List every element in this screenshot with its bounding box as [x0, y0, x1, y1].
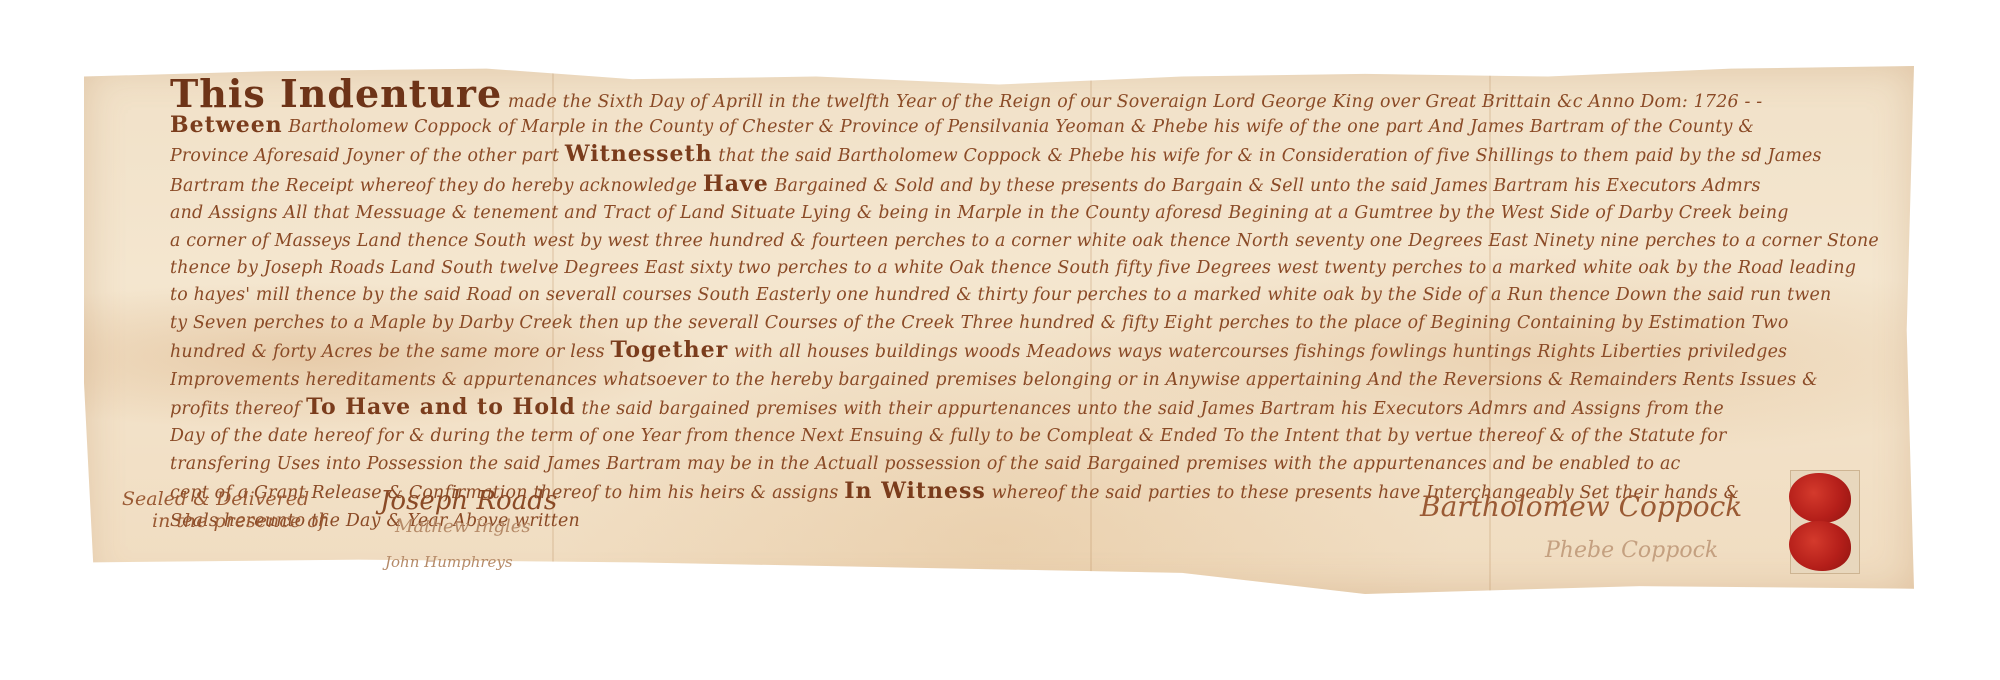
indenture-text: This Indenture made the Sixth Day of Apr… [170, 76, 1910, 535]
text-line-8: to hayes' mill thence by the said Road o… [170, 282, 1910, 309]
signatory-signature: Bartholomew Coppock [1420, 490, 1742, 523]
witness-signature: Joseph Roads [380, 486, 557, 516]
text-line-12: profits thereof To Have and to Hold the … [170, 394, 1910, 423]
signatory-signature: Phebe Coppock [1545, 538, 1718, 563]
text-line-3: Province Aforesaid Joyner of the other p… [170, 141, 1910, 170]
wax-seal-icon [1789, 521, 1851, 571]
witness-signature: John Humphreys [385, 553, 513, 571]
text-line-11: Improvements hereditaments & appurtenanc… [170, 367, 1910, 394]
text-line-6: a corner of Masseys Land thence South we… [170, 228, 1910, 255]
text-line-14: transfering Uses into Possession the sai… [170, 451, 1910, 478]
witness-signature: Mathew Ingles [395, 516, 531, 537]
text-line-10: hundred & forty Acres be the same more o… [170, 337, 1910, 366]
text-line-5: and Assigns All that Messuage & tenement… [170, 200, 1910, 227]
text-line-4: Bartram the Receipt whereof they do here… [170, 171, 1910, 200]
text-line-1: This Indenture made the Sixth Day of Apr… [170, 76, 1910, 112]
text-line-2: Between Bartholomew Coppock of Marple in… [170, 112, 1910, 141]
wax-seal-paper [1790, 470, 1860, 574]
wax-seal-icon [1789, 473, 1851, 523]
document-heading: This Indenture [170, 76, 502, 112]
text-line-7: thence by Joseph Roads Land South twelve… [170, 255, 1910, 282]
attestation-clause: Sealed & Delivered in the presence of [122, 488, 326, 532]
text-line-9: ty Seven perches to a Maple by Darby Cre… [170, 310, 1910, 337]
text-line-13: Day of the date hereof for & during the … [170, 423, 1910, 450]
